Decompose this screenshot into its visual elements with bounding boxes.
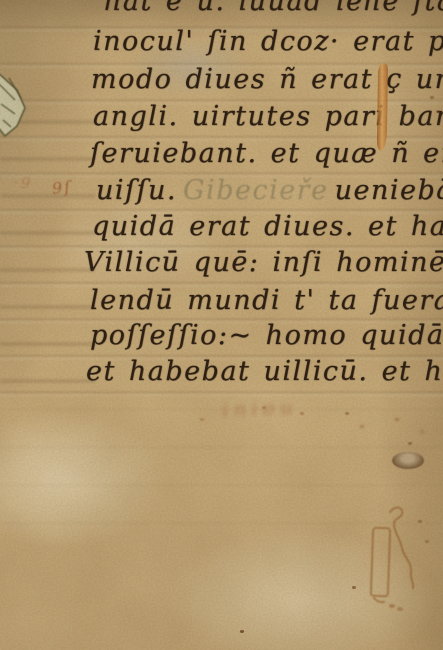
manuscript-line-11: et habebat uillicū. et hi <box>86 356 443 387</box>
ink-specks <box>0 0 4 3</box>
manuscript-line-6: uiſſu.Gibecieřeueniebā <box>96 175 443 206</box>
manuscript-line-8: Villicū quē: inſi hominē <box>84 247 443 278</box>
line-6-faded-word: Gibecieře <box>183 175 329 206</box>
manuscript-photo: hat ē u. iuuad iehe ſta inocul' ſin dcoz… <box>0 0 443 650</box>
margin-streaks <box>0 120 95 410</box>
oval-stain <box>392 452 424 469</box>
manuscript-line-7: quidā erat diues. et habe <box>92 211 443 242</box>
manuscript-line-1: hat ē u. iuuad iehe ſta <box>104 0 443 17</box>
margin-mark-faint: ·9 <box>13 173 33 192</box>
manuscript-line-10: poſſeſſio:~ homo quidā e <box>90 320 443 351</box>
illuminated-initial-fragment <box>0 64 33 144</box>
line-6-start: uiſſu. <box>96 175 177 206</box>
faint-sketch <box>362 498 443 633</box>
manuscript-line-9: lendū mundi t' ta fuerat <box>90 285 443 316</box>
rubric-stroke <box>372 60 396 156</box>
margin-mark: 9ſ <box>51 177 73 198</box>
line-6-end: ueniebā <box>335 175 443 206</box>
manuscript-line-2: inocul' ſin dcoz· erat par <box>93 26 443 57</box>
erased-text-remnant: iniou <box>222 395 298 422</box>
